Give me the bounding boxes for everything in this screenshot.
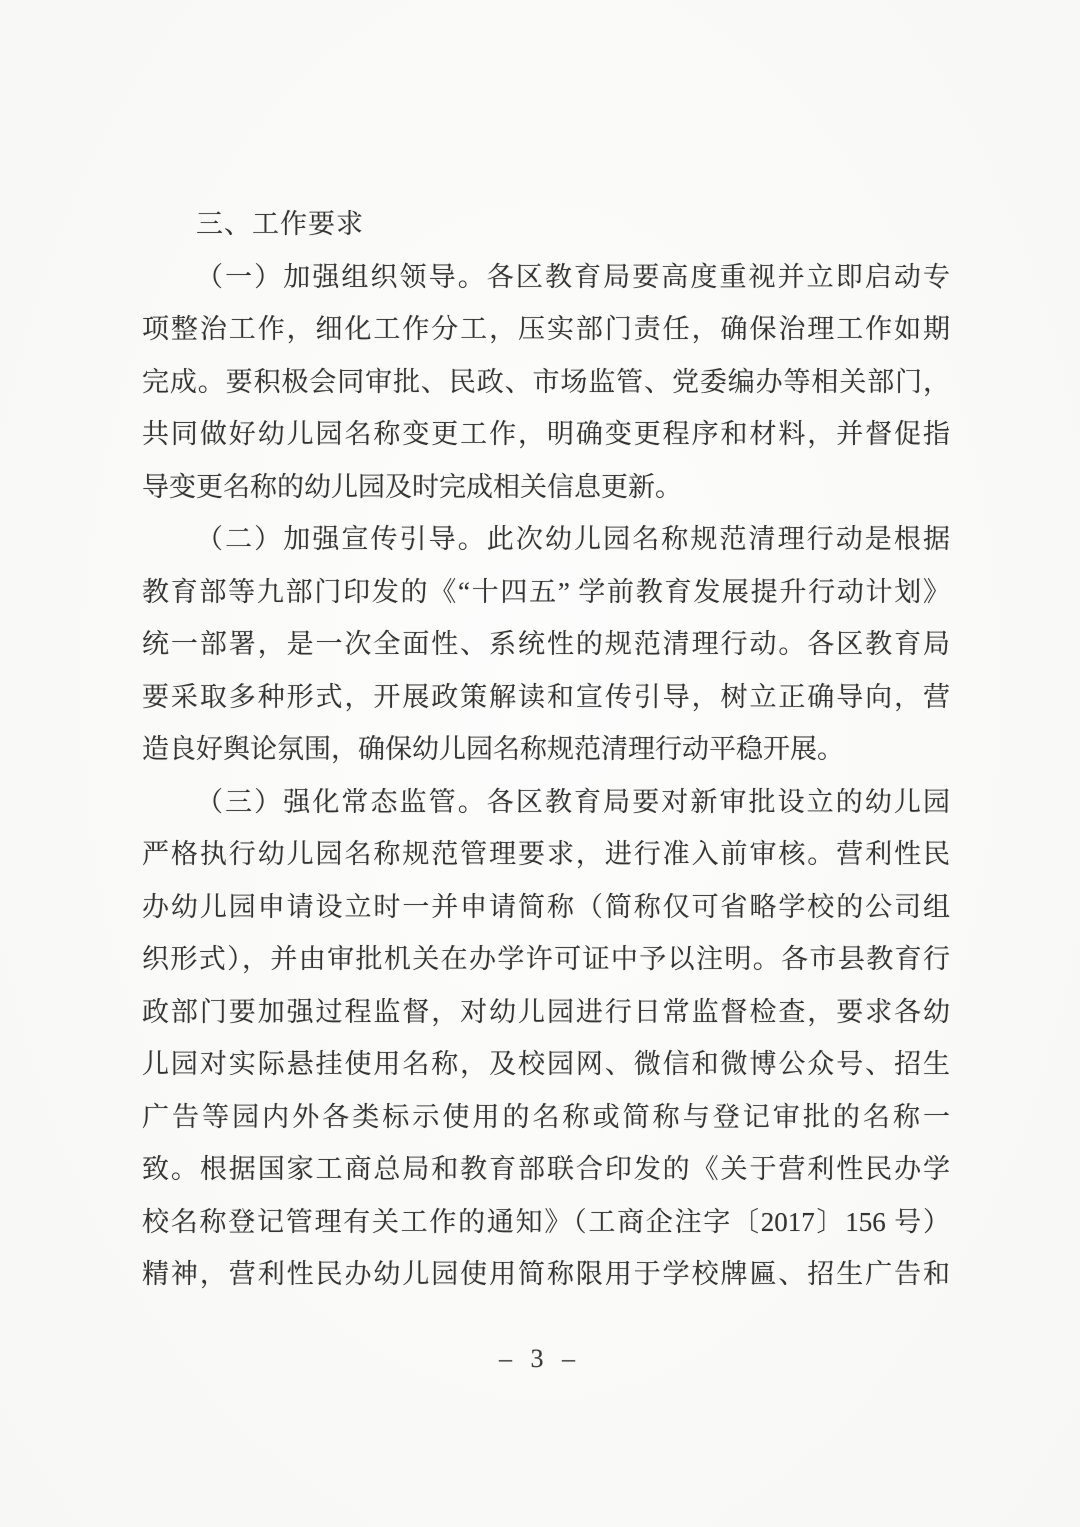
- document-line: 广告等园内外各类标示使用的名称或简称与登记审批的名称一: [142, 1091, 950, 1144]
- document-line: 致。根据国家工商总局和教育部联合印发的《关于营利性民办学: [142, 1143, 950, 1196]
- document-line: 精神，营利性民办幼儿园使用简称限用于学校牌匾、招生广告和: [142, 1248, 950, 1301]
- document-line: 要采取多种形式，开展政策解读和宣传引导，树立正确导向，营: [142, 671, 950, 724]
- document-line: 项整治工作，细化工作分工，压实部门责任，确保治理工作如期: [142, 303, 950, 356]
- document-body: 三、工作要求 （一）加强组织领导。各区教育局要高度重视并立即启动专 项整治工作，…: [142, 198, 950, 1301]
- document-line: 校名称登记管理有关工作的通知》（工商企注字〔2017〕156 号）: [142, 1196, 950, 1249]
- document-line: （一）加强组织领导。各区教育局要高度重视并立即启动专: [142, 251, 950, 304]
- document-line: （三）强化常态监管。各区教育局要对新审批设立的幼儿园: [142, 776, 950, 829]
- document-line: 办幼儿园申请设立时一并申请简称（简称仅可省略学校的公司组: [142, 881, 950, 934]
- document-line: 造良好舆论氛围，确保幼儿园名称规范清理行动平稳开展。: [142, 723, 950, 776]
- document-line: 导变更名称的幼儿园及时完成相关信息更新。: [142, 461, 950, 514]
- document-line: 共同做好幼儿园名称变更工作，明确变更程序和材料，并督促指: [142, 408, 950, 461]
- document-line: 统一部署，是一次全面性、系统性的规范清理行动。各区教育局: [142, 618, 950, 671]
- document-line: 儿园对实际悬挂使用名称，及校园网、微信和微博公众号、招生: [142, 1038, 950, 1091]
- page-number: – 3 –: [0, 1344, 1080, 1374]
- document-line: 教育部等九部门印发的《“十四五” 学前教育发展提升行动计划》: [142, 566, 950, 619]
- document-line: （二）加强宣传引导。此次幼儿园名称规范清理行动是根据: [142, 513, 950, 566]
- document-line: 政部门要加强过程监督，对幼儿园进行日常监督检查，要求各幼: [142, 986, 950, 1039]
- document-line: 完成。要积极会同审批、民政、市场监管、党委编办等相关部门，: [142, 356, 950, 409]
- scanned-document-page: 三、工作要求 （一）加强组织领导。各区教育局要高度重视并立即启动专 项整治工作，…: [0, 0, 1080, 1527]
- document-line: 织形式），并由审批机关在办学许可证中予以注明。各市县教育行: [142, 933, 950, 986]
- section-heading: 三、工作要求: [142, 198, 950, 251]
- document-line: 严格执行幼儿园名称规范管理要求，进行准入前审核。营利性民: [142, 828, 950, 881]
